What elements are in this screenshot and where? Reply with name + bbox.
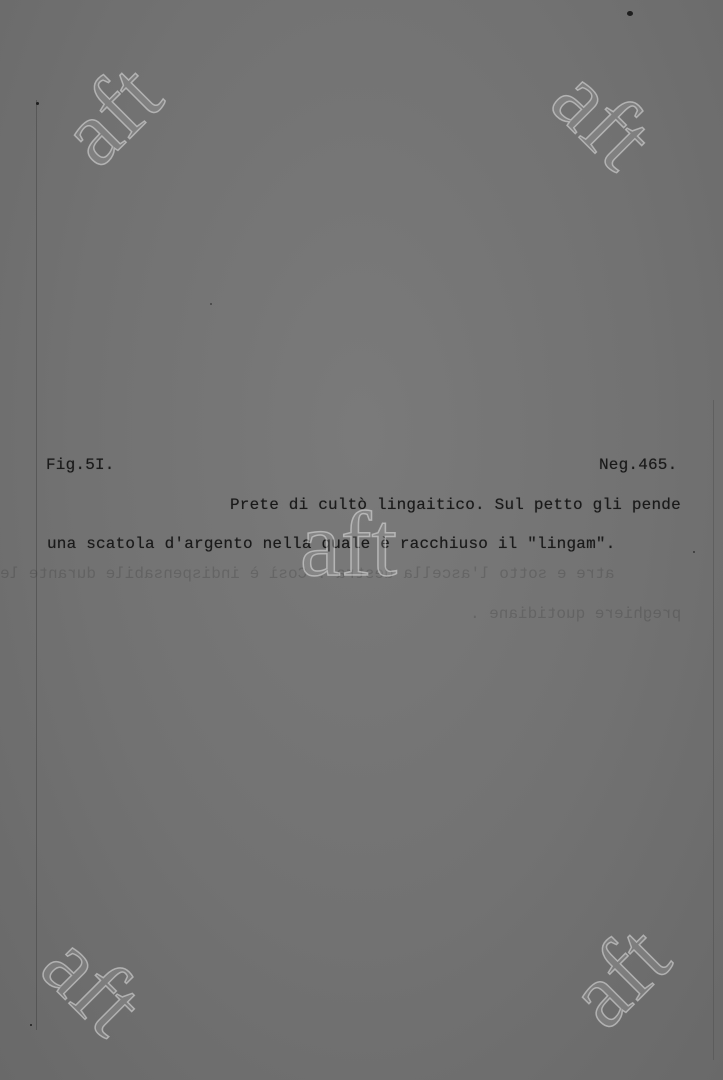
ink-speck bbox=[36, 102, 39, 105]
watermark-aft-center: aft bbox=[300, 498, 397, 590]
negative-label: Neg.465. bbox=[599, 456, 677, 474]
caption-line-1: Prete di cultò lingaitico. Sul petto gli… bbox=[230, 496, 681, 514]
figure-label: Fig.5I. bbox=[46, 456, 115, 474]
bleed-through-text: preghiere quotidiane . bbox=[470, 605, 681, 623]
scanned-document-page: atre e sotto l'ascella destra . Così è i… bbox=[0, 0, 723, 1080]
watermark-aft-bottom-right: aft bbox=[552, 909, 686, 1043]
watermark-aft-bottom-left: aft bbox=[27, 917, 161, 1051]
watermark-aft-top-right: aft bbox=[537, 51, 671, 185]
ink-speck bbox=[693, 551, 695, 553]
watermark-aft-top-left: aft bbox=[44, 47, 178, 181]
ink-speck bbox=[627, 11, 633, 16]
ink-speck bbox=[210, 303, 212, 305]
right-margin-line bbox=[713, 400, 714, 1060]
ink-speck bbox=[30, 1024, 32, 1026]
